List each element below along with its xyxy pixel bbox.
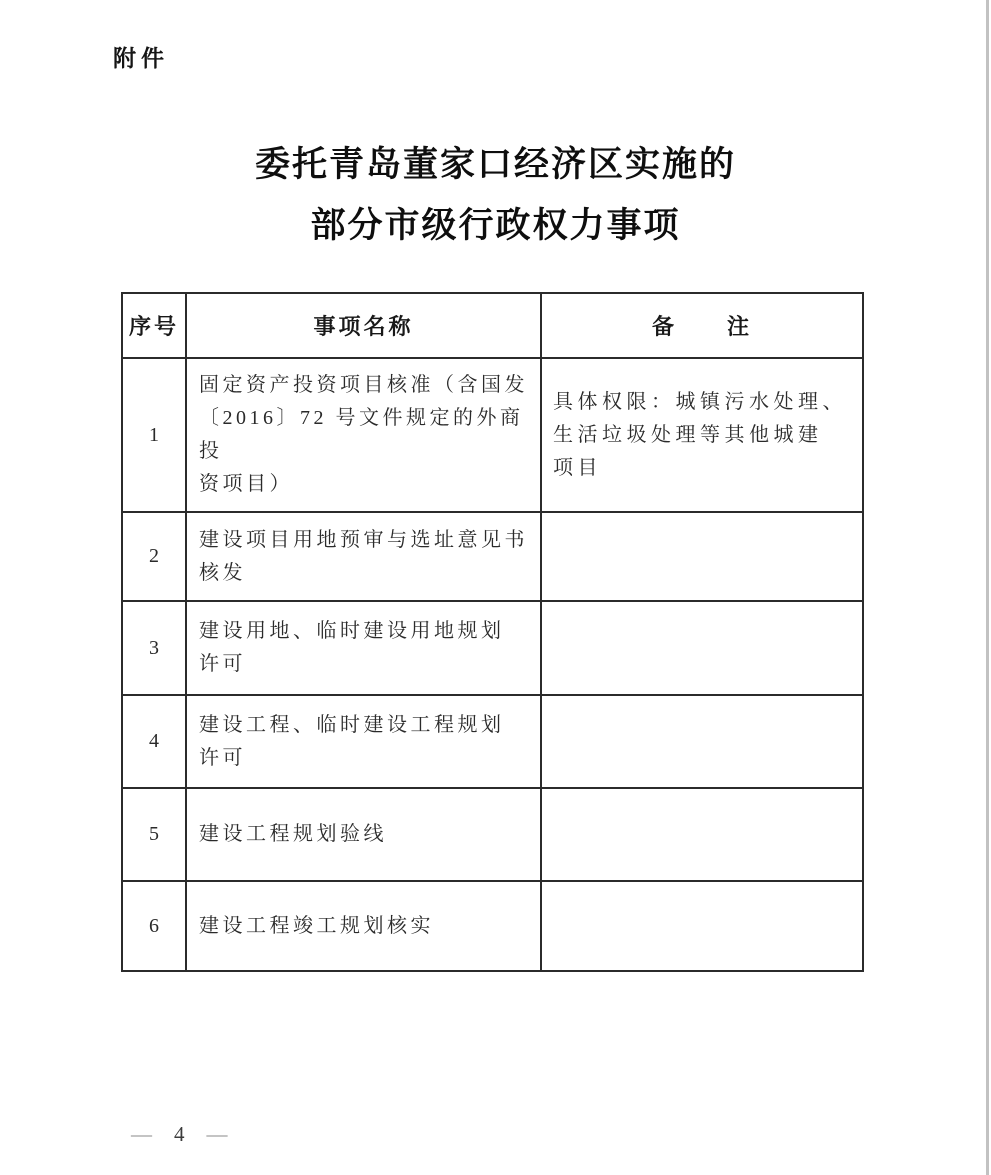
cell-item-name: 固定资产投资项目核准（含国发 〔2016〕72 号文件规定的外商投 资项目） (186, 358, 541, 512)
cell-remark (541, 601, 863, 695)
document-page: 附件 委托青岛董家口经济区实施的 部分市级行政权力事项 序号 事项名称 备 注 … (0, 0, 991, 1175)
footer-dash-right: — (207, 1122, 228, 1147)
col-header-item-name: 事项名称 (186, 293, 541, 358)
attachment-label: 附件 (113, 40, 169, 73)
table-row: 6 建设工程竣工规划核实 (122, 881, 863, 971)
page-edge-line (986, 0, 989, 1175)
table-row: 1 固定资产投资项目核准（含国发 〔2016〕72 号文件规定的外商投 资项目）… (122, 358, 863, 512)
authority-items-table: 序号 事项名称 备 注 1 固定资产投资项目核准（含国发 〔2016〕72 号文… (121, 292, 864, 972)
cell-row-no: 4 (122, 695, 186, 788)
cell-row-no: 6 (122, 881, 186, 971)
page-title: 委托青岛董家口经济区实施的 部分市级行政权力事项 (0, 134, 991, 256)
cell-remark (541, 512, 863, 601)
table-row: 3 建设用地、临时建设用地规划 许可 (122, 601, 863, 695)
cell-row-no: 5 (122, 788, 186, 881)
cell-row-no: 2 (122, 512, 186, 601)
col-header-remarks: 备 注 (541, 293, 863, 358)
cell-item-name: 建设用地、临时建设用地规划 许可 (186, 601, 541, 695)
page-number: —4— (131, 1122, 228, 1147)
cell-row-no: 3 (122, 601, 186, 695)
cell-item-name: 建设工程竣工规划核实 (186, 881, 541, 971)
cell-item-name: 建设工程规划验线 (186, 788, 541, 881)
page-title-line-1: 委托青岛董家口经济区实施的 (0, 134, 991, 195)
footer-page-number: 4 (174, 1122, 185, 1147)
table-row: 4 建设工程、临时建设工程规划 许可 (122, 695, 863, 788)
table-row: 2 建设项目用地预审与选址意见书 核发 (122, 512, 863, 601)
cell-item-name: 建设项目用地预审与选址意见书 核发 (186, 512, 541, 601)
cell-item-name: 建设工程、临时建设工程规划 许可 (186, 695, 541, 788)
footer-dash-left: — (131, 1122, 152, 1147)
cell-remark (541, 881, 863, 971)
table-row: 5 建设工程规划验线 (122, 788, 863, 881)
cell-remark (541, 695, 863, 788)
col-header-serial-number: 序号 (122, 293, 186, 358)
cell-row-no: 1 (122, 358, 186, 512)
table-header-row: 序号 事项名称 备 注 (122, 293, 863, 358)
page-title-line-2: 部分市级行政权力事项 (0, 195, 991, 256)
cell-remark: 具体权限：城镇污水处理、 生活垃圾处理等其他城建 项目 (541, 358, 863, 512)
cell-remark (541, 788, 863, 881)
